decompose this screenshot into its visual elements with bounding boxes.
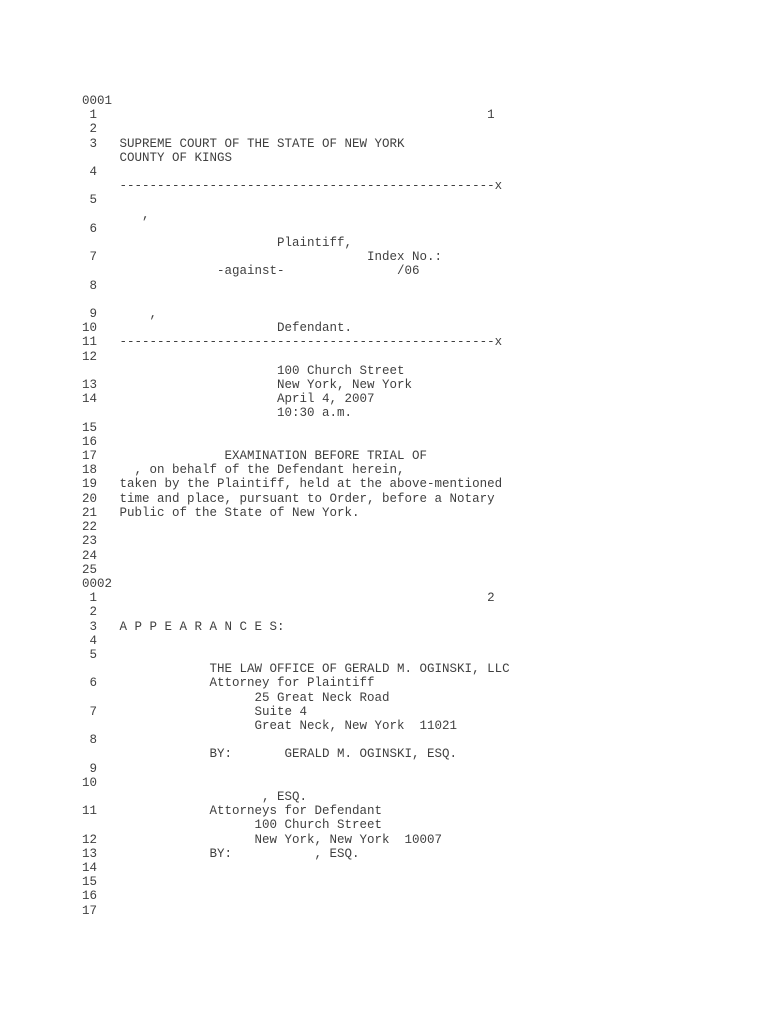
document-page: 0001 1 1 2 3 SUPREME COURT OF THE STATE …: [0, 0, 770, 1024]
transcript-page-2: 0002 1 2 2 3 A P P E A R A N C E S: 4 5 …: [82, 577, 510, 918]
transcript-text: 0001 1 1 2 3 SUPREME COURT OF THE STATE …: [82, 94, 510, 918]
transcript-page-1: 0001 1 1 2 3 SUPREME COURT OF THE STATE …: [82, 94, 510, 577]
